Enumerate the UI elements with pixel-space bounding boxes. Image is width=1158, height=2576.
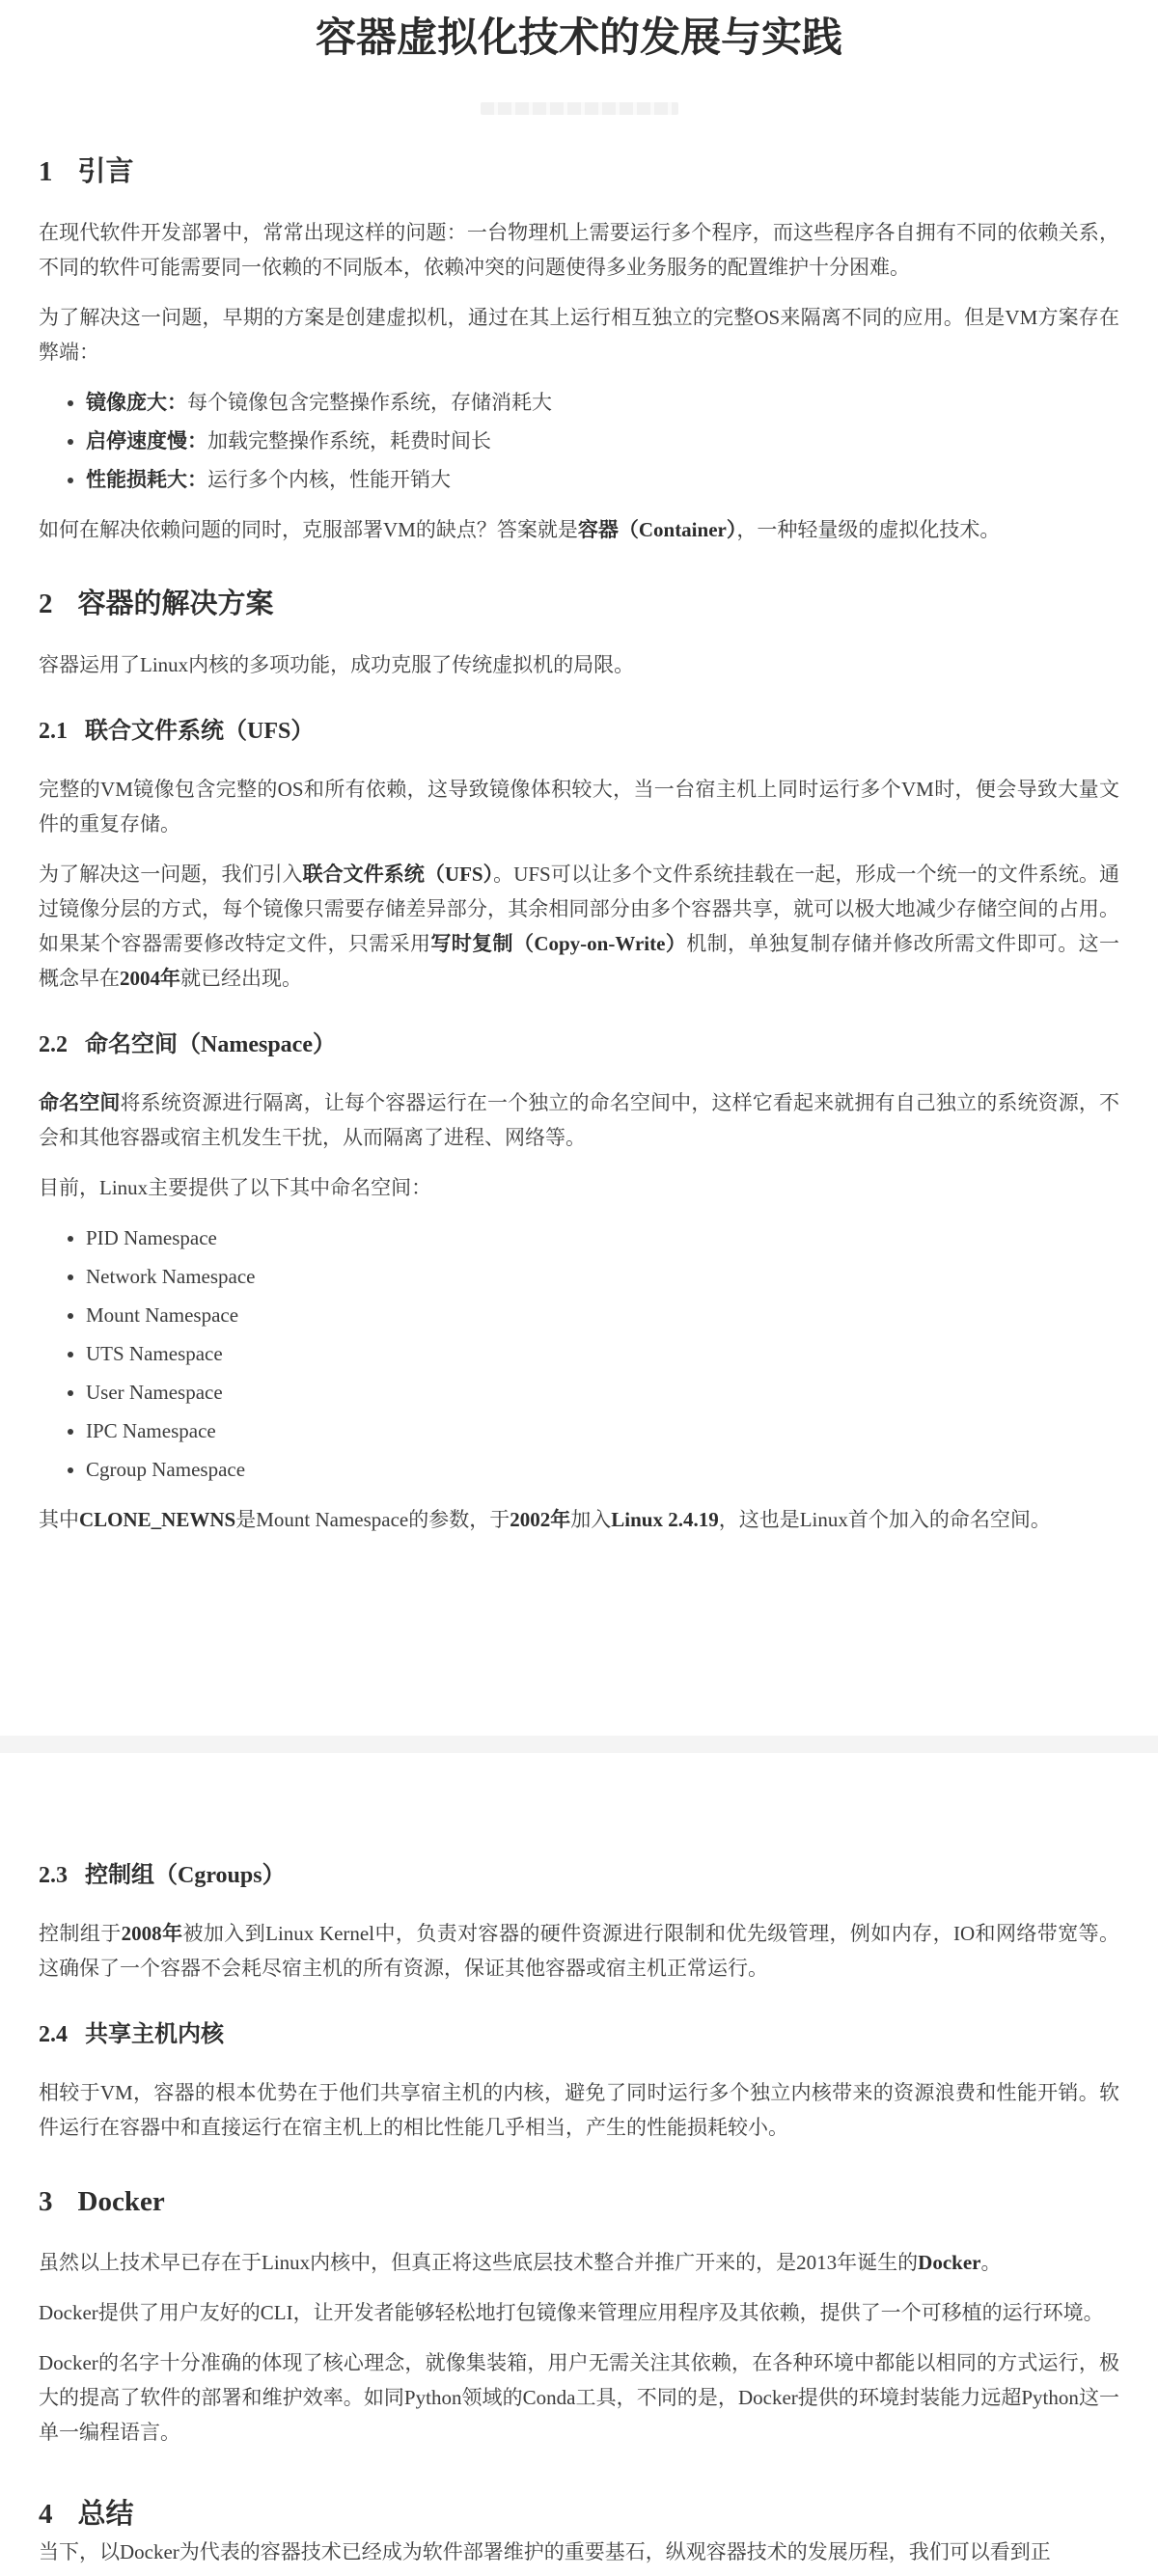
- text-run: 当下，以Docker为代表的容器技术已经成为软件部署维护的重要基石，纵观容器技术…: [39, 2540, 1051, 2563]
- paragraph-truncated: 当下，以Docker为代表的容器技术已经成为软件部署维护的重要基石，纵观容器技术…: [39, 2535, 1119, 2569]
- paragraph: Docker提供了用户友好的CLI，让开发者能够轻松地打包镜像来管理应用程序及其…: [39, 2295, 1119, 2330]
- section-title: 总结: [78, 2499, 134, 2530]
- text-run: 如何在解决依赖问题的同时，克服部署VM的缺点？答案就是: [39, 518, 578, 541]
- document-viewport: 容器虚拟化技术的发展与实践 1引言 在现代软件开发部署中，常常出现这样的问题：一…: [0, 0, 1158, 2576]
- subsection-number: 2.4: [39, 2020, 68, 2050]
- bold-run: 2008年: [122, 1922, 183, 1945]
- section-number: 2: [39, 586, 53, 622]
- bold-run: 联合文件系统（UFS）: [303, 863, 494, 886]
- section-number: 4: [39, 2496, 53, 2533]
- section-title: Docker: [78, 2186, 165, 2217]
- faint-author-line: [481, 102, 678, 115]
- bold-run: 命名空间: [39, 1091, 121, 1114]
- namespace-list: PID NamespaceNetwork NamespaceMount Name…: [39, 1220, 1119, 1487]
- paragraph: 命名空间将系统资源进行隔离，让每个容器运行在一个独立的命名空间中，这样它看起来就…: [39, 1085, 1119, 1155]
- subsection-title: 联合文件系统（UFS）: [85, 719, 314, 744]
- text-run: Docker的名字十分准确的体现了核心理念，就像集装箱，用户无需关注其依赖，在各…: [39, 2351, 1119, 2444]
- text-run: ，这也是Linux首个加入的命名空间。: [719, 1508, 1051, 1531]
- section-number: 3: [39, 2183, 53, 2220]
- subsection-heading-2-1: 2.1联合文件系统（UFS）: [39, 717, 1119, 747]
- text-run: 加入: [570, 1508, 611, 1531]
- subsection-title: 控制组（Cgroups）: [85, 1863, 286, 1888]
- paragraph: 目前，Linux主要提供了以下其中命名空间：: [39, 1170, 1119, 1205]
- subsection-number: 2.2: [39, 1030, 68, 1060]
- list-item: Mount Namespace: [86, 1298, 1119, 1332]
- text-run: 完整的VM镜像包含完整的OS和所有依赖，这导致镜像体积较大，当一台宿主机上同时运…: [39, 778, 1119, 836]
- page-1: 容器虚拟化技术的发展与实践 1引言 在现代软件开发部署中，常常出现这样的问题：一…: [0, 14, 1158, 1736]
- list-item: User Namespace: [86, 1375, 1119, 1410]
- text-run: 被加入到Linux Kernel中，负责对容器的硬件资源进行限制和优先级管理，例…: [39, 1922, 1119, 1980]
- section-heading-1: 1引言: [39, 153, 1119, 190]
- bold-run: 2002年: [510, 1508, 570, 1531]
- list-item: 性能损耗大：运行多个内核，性能开销大: [86, 462, 1119, 497]
- list-item: Cgroup Namespace: [86, 1452, 1119, 1487]
- bullet-label: 镜像庞大：: [86, 391, 187, 414]
- paragraph: 其中CLONE_NEWNS是Mount Namespace的参数，于2002年加…: [39, 1502, 1119, 1537]
- section-number: 1: [39, 153, 53, 190]
- paragraph: 完整的VM镜像包含完整的OS和所有依赖，这导致镜像体积较大，当一台宿主机上同时运…: [39, 772, 1119, 841]
- text-run: 。: [980, 2251, 1001, 2274]
- paragraph: 如何在解决依赖问题的同时，克服部署VM的缺点？答案就是容器（Container）…: [39, 512, 1119, 547]
- text-run: 在现代软件开发部署中，常常出现这样的问题：一台物理机上需要运行多个程序，而这些程…: [39, 221, 1119, 279]
- bullet-label: 性能损耗大：: [86, 468, 207, 491]
- bullet-text: 加载完整操作系统，耗费时间长: [207, 429, 491, 452]
- text-run: ，一种轻量级的虚拟化技术。: [736, 518, 1000, 541]
- bold-run: CLONE_NEWNS: [79, 1508, 235, 1531]
- bold-run: Docker: [918, 2251, 980, 2274]
- text-run: 为了解决这一问题，我们引入: [39, 863, 303, 886]
- bullet-text: 运行多个内核，性能开销大: [207, 468, 451, 491]
- subsection-heading-2-3: 2.3控制组（Cgroups）: [39, 1861, 1119, 1891]
- text-run: Docker提供了用户友好的CLI，让开发者能够轻松地打包镜像来管理应用程序及其…: [39, 2301, 1104, 2324]
- section-title: 引言: [78, 156, 134, 187]
- list-item: IPC Namespace: [86, 1413, 1119, 1448]
- section-heading-3: 3Docker: [39, 2183, 1119, 2220]
- text-run: 虽然以上技术早已存在于Linux内核中，但真正将这些底层技术整合并推广开来的，是…: [39, 2251, 918, 2274]
- subsection-title: 命名空间（Namespace）: [85, 1032, 336, 1057]
- text-run: 就已经出现。: [180, 967, 302, 990]
- bold-run: Linux 2.4.19: [611, 1508, 718, 1531]
- list-item: PID Namespace: [86, 1220, 1119, 1255]
- subsection-number: 2.3: [39, 1861, 68, 1891]
- text-run: 其中: [39, 1508, 79, 1531]
- text-run: 是Mount Namespace的参数，于: [235, 1508, 510, 1531]
- paragraph: 容器运用了Linux内核的多项功能，成功克服了传统虚拟机的局限。: [39, 647, 1119, 682]
- list-item: Network Namespace: [86, 1259, 1119, 1294]
- page-2: 2.3控制组（Cgroups） 控制组于2008年被加入到Linux Kerne…: [0, 1753, 1158, 2569]
- bold-run: 2004年: [120, 967, 180, 990]
- subsection-number: 2.1: [39, 717, 68, 747]
- page-separator-band: [0, 1736, 1158, 1753]
- paragraph: 为了解决这一问题，我们引入联合文件系统（UFS）。UFS可以让多个文件系统挂载在…: [39, 857, 1119, 996]
- paragraph: 虽然以上技术早已存在于Linux内核中，但真正将这些底层技术整合并推广开来的，是…: [39, 2245, 1119, 2280]
- subsection-title: 共享主机内核: [85, 2022, 224, 2047]
- section-heading-2: 2容器的解决方案: [39, 586, 1119, 622]
- bold-run: 容器（Container）: [578, 518, 737, 541]
- paragraph: 控制组于2008年被加入到Linux Kernel中，负责对容器的硬件资源进行限…: [39, 1916, 1119, 1986]
- list-item: 镜像庞大：每个镜像包含完整操作系统，存储消耗大: [86, 385, 1119, 420]
- vm-drawbacks-list: 镜像庞大：每个镜像包含完整操作系统，存储消耗大启停速度慢：加载完整操作系统，耗费…: [39, 385, 1119, 497]
- paragraph: 为了解决这一问题，早期的方案是创建虚拟机，通过在其上运行相互独立的完整OS来隔离…: [39, 300, 1119, 370]
- text-run: 相较于VM，容器的根本优势在于他们共享宿主机的内核，避免了同时运行多个独立内核带…: [39, 2081, 1119, 2139]
- text-run: 目前，Linux主要提供了以下其中命名空间：: [39, 1176, 431, 1199]
- subsection-heading-2-4: 2.4共享主机内核: [39, 2020, 1119, 2050]
- subsection-heading-2-2: 2.2命名空间（Namespace）: [39, 1030, 1119, 1060]
- bullet-text: 每个镜像包含完整操作系统，存储消耗大: [187, 391, 552, 414]
- bold-run: 写时复制（Copy-on-Write）: [430, 932, 686, 955]
- section-title: 容器的解决方案: [78, 589, 274, 619]
- bullet-label: 启停速度慢：: [86, 429, 207, 452]
- text-run: 控制组于: [39, 1922, 122, 1945]
- list-item: UTS Namespace: [86, 1336, 1119, 1371]
- paragraph: 相较于VM，容器的根本优势在于他们共享宿主机的内核，避免了同时运行多个独立内核带…: [39, 2075, 1119, 2145]
- text-run: 将系统资源进行隔离，让每个容器运行在一个独立的命名空间中，这样它看起来就拥有自己…: [39, 1091, 1119, 1149]
- section-heading-4: 4总结: [39, 2496, 1119, 2533]
- text-run: 容器运用了Linux内核的多项功能，成功克服了传统虚拟机的局限。: [39, 653, 634, 676]
- paragraph: 在现代软件开发部署中，常常出现这样的问题：一台物理机上需要运行多个程序，而这些程…: [39, 215, 1119, 285]
- text-run: 为了解决这一问题，早期的方案是创建虚拟机，通过在其上运行相互独立的完整OS来隔离…: [39, 306, 1119, 364]
- list-item: 启停速度慢：加载完整操作系统，耗费时间长: [86, 424, 1119, 458]
- paragraph: Docker的名字十分准确的体现了核心理念，就像集装箱，用户无需关注其依赖，在各…: [39, 2345, 1119, 2450]
- document-title: 容器虚拟化技术的发展与实践: [39, 14, 1119, 64]
